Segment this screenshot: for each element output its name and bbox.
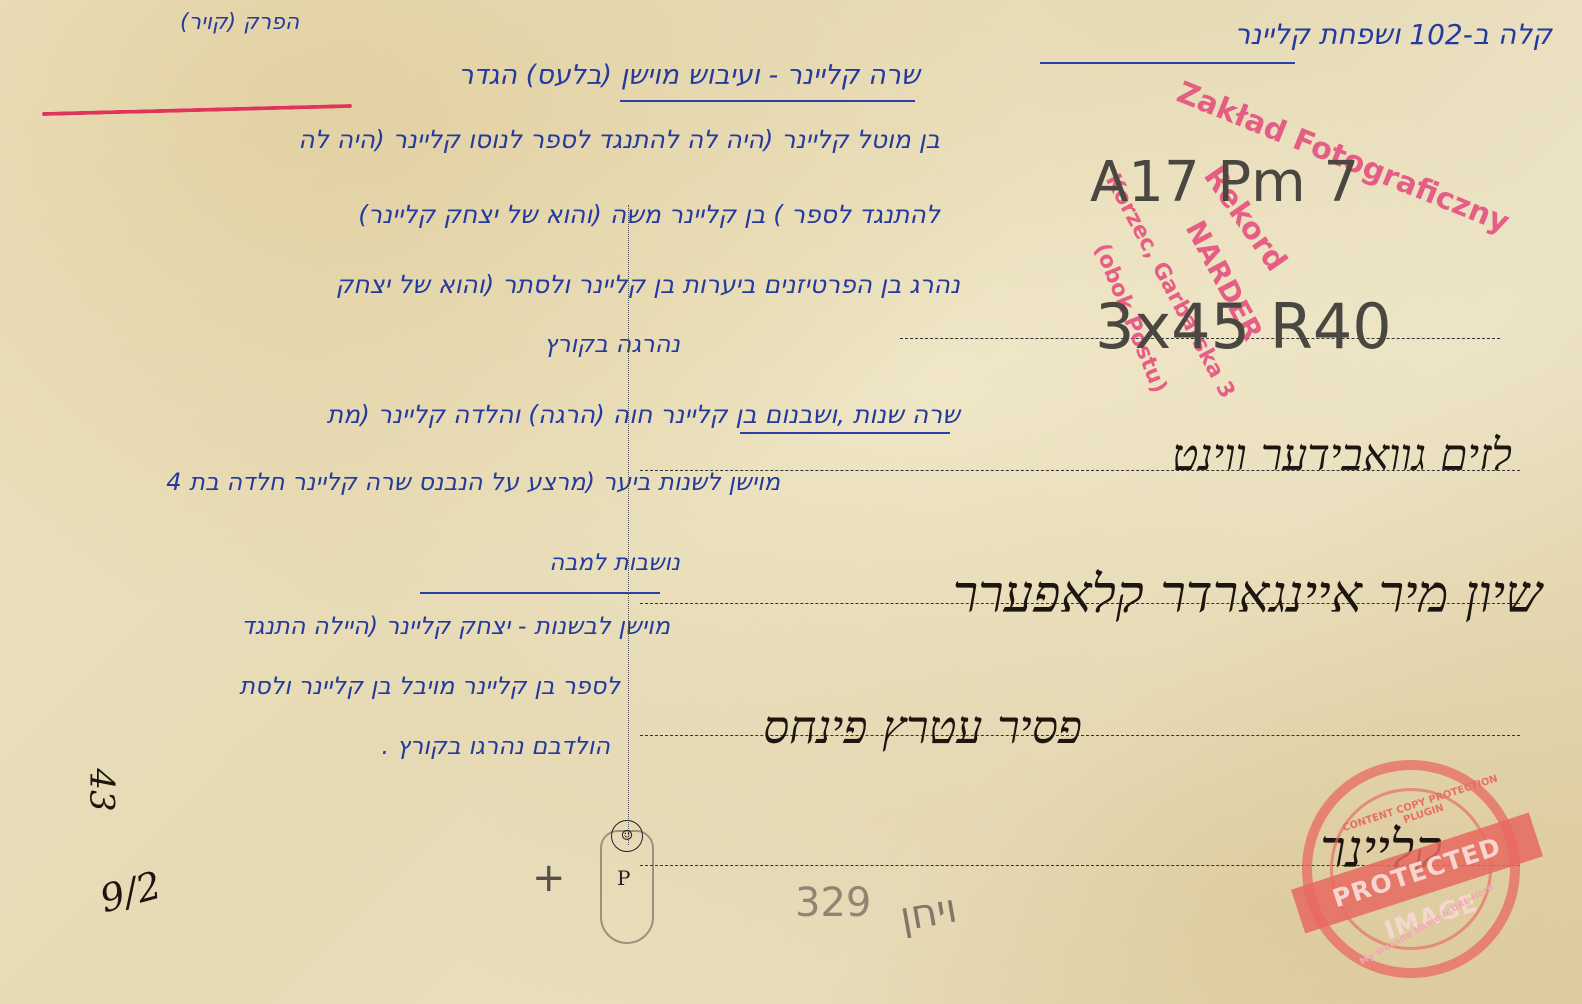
note-line-3: להתנגד לספר ) בן קליינר משה (והוא של יצח… [20,200,940,229]
protected-image-watermark: CONTENT COPY PROTECTION PLUGIN PROTECTED… [1302,760,1520,978]
publisher-mark: P [617,866,630,890]
note-line-8: נושבות למבה [430,550,680,576]
address-line-text-1: לזים גוואבידער ווינט [1172,430,1512,481]
margin-number-2: 9/2 [95,863,165,921]
note-line-6-underline [740,432,950,434]
pencil-annotation-middle: 3x45 R40 [1095,290,1392,363]
red-underline [42,104,352,116]
note-line-10: לספר בן קליינר מויבל בן קליינר ולסת [60,672,620,700]
pencil-annotation-bottom: 329 [795,880,871,926]
top-right-underline [1040,62,1295,64]
note-line-7: מוישן לשנות ביער (מרצע על הנבנס שרה קליי… [20,468,780,496]
top-right-note: קלה ב-102 ושפחת קליינר [1235,18,1553,51]
publisher-logo-icon: ☺ [611,820,643,852]
note-header-small: הפרק (קויר) [180,10,299,35]
note-line-11: הולדבם נהרגו בקורץ . [240,732,610,760]
note-line-5: נהרגה בקורץ [440,330,680,358]
note-line-1-underline [620,100,915,102]
address-line-text-2: שיון מיר איינגארדר קלאפערר [953,565,1542,625]
note-line-6: שרה שנות ,ושבנום בן קליינר חוה (הרגה) וה… [20,400,960,429]
pencil-annotation-bottom-right: ויחן [896,885,960,940]
address-line-text-3: פסיר עטרץ פינחס [763,700,1082,754]
note-line-8-underline [420,592,660,594]
note-line-1: שרה קליינר - ועיבוש מוישן (בלעס) הגדר [60,60,920,91]
note-line-4: נהרג בן הפרטיזנים ביערות בן קליינר ולסתר… [10,270,960,299]
pencil-annotation-top: A17 Pm 7 [1090,150,1359,215]
note-line-9: מוישן לבשנות - יצחק קליינר (היילה התנגד [20,612,670,640]
margin-number-1: 43 [82,768,122,811]
note-line-2: בן מוטל קליינר (היה לה להתנגד לספר לנוסו… [20,125,940,154]
center-divider [628,205,629,845]
pencil-plus: + [532,855,566,901]
postcard-back: קלה ב-102 ושפחת קליינר הפרק (קויר) שרה ק… [0,0,1582,1004]
